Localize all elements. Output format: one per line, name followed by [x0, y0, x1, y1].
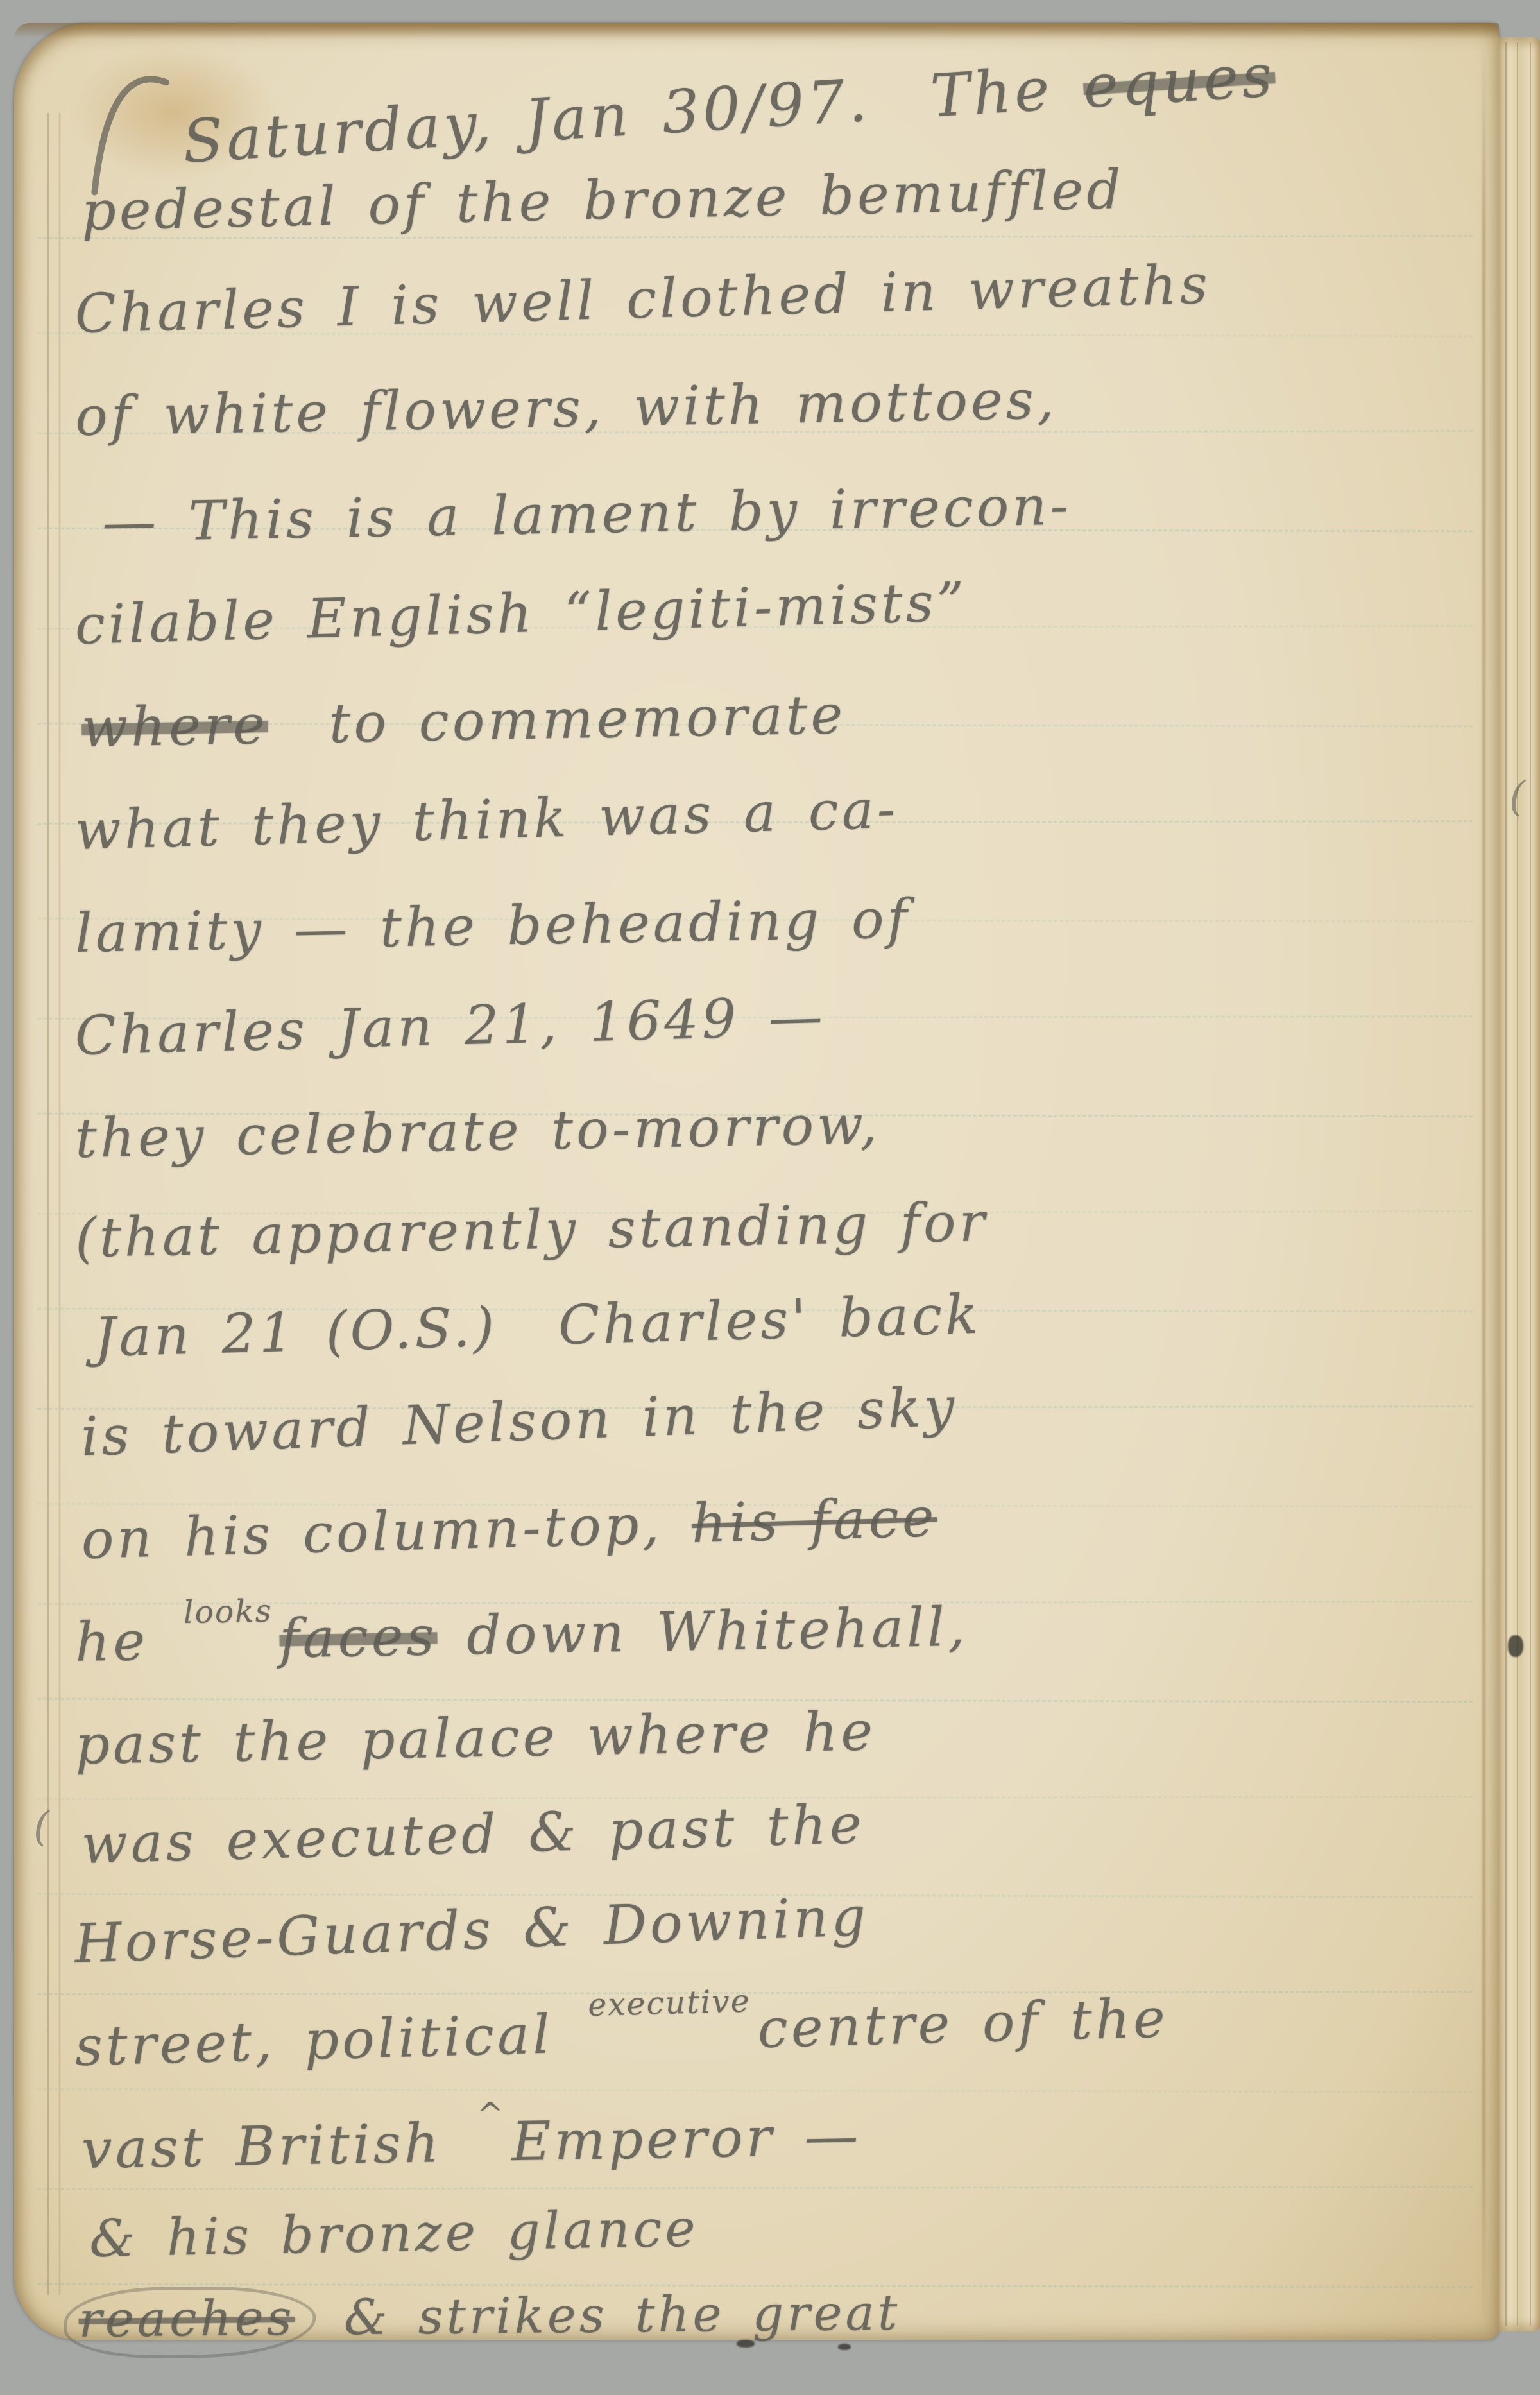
pencil-mark: (	[33, 1803, 49, 1851]
ink-mark	[1508, 1635, 1523, 1657]
pencil-mark: (	[1509, 773, 1525, 821]
ink-mark	[838, 2344, 851, 2350]
ink-mark	[737, 2340, 755, 2348]
scanned-notebook-photo: { "page": { "heading_date": "Saturday, J…	[0, 0, 1540, 2395]
stray-marks-layer: ((	[0, 0, 1540, 2395]
